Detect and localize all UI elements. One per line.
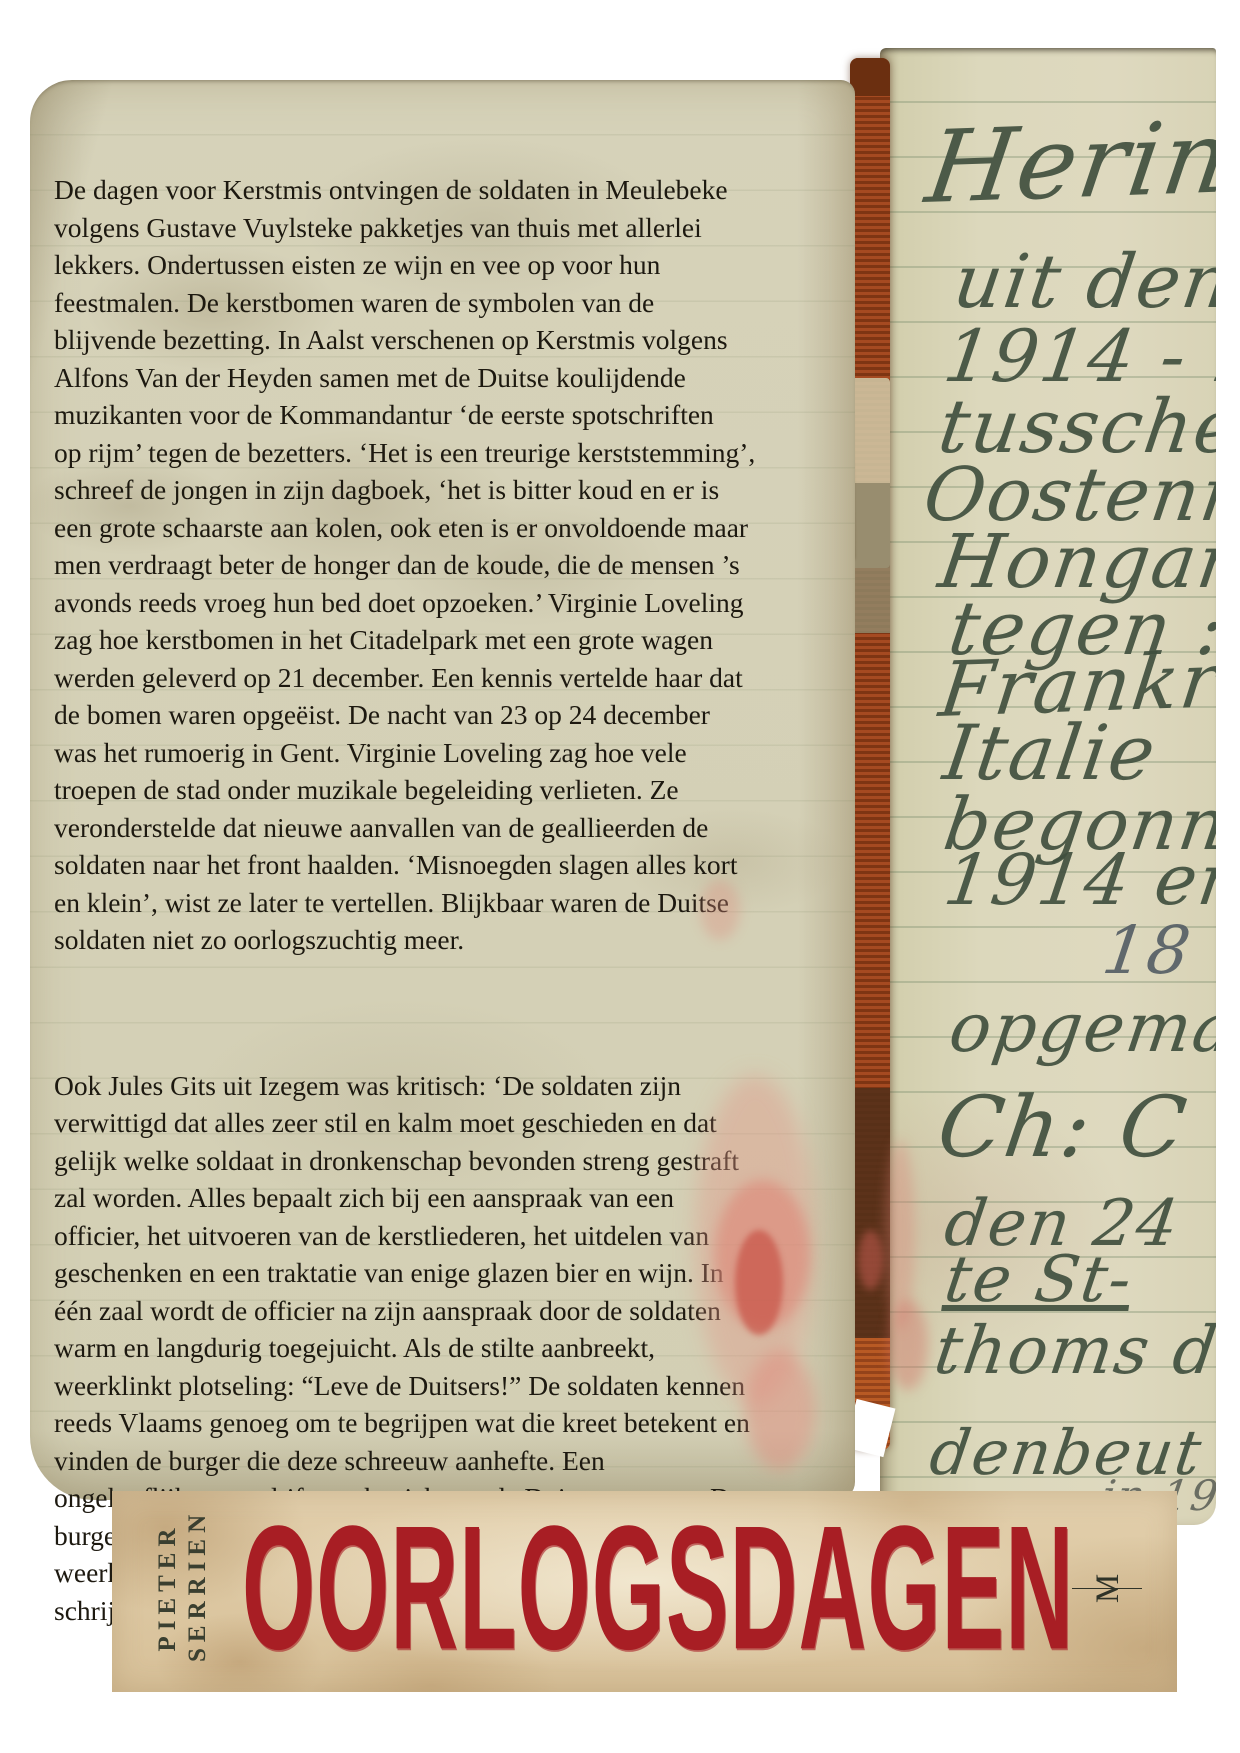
author-last-name: SERRIEN xyxy=(183,1512,213,1662)
handwriting-line: Herin xyxy=(921,108,1216,218)
cover-banner: PIETER SERRIEN OORLOGSDAGEN M xyxy=(112,1491,1177,1692)
author-first-name: PIETER xyxy=(153,1512,183,1662)
diary-page: Herin uit den 1914 - 19 tusschen Oostenr… xyxy=(880,48,1216,1525)
handwriting-line: thoms d xyxy=(931,1318,1216,1384)
paragraph-1: De dagen voor Kerstmis ontvingen de sold… xyxy=(54,171,854,959)
spine-dark-top xyxy=(850,58,890,96)
publisher-logo: M xyxy=(1072,1571,1142,1607)
book-title: OORLOGSDAGEN xyxy=(242,1499,1074,1675)
book-spine-binding xyxy=(850,58,890,1450)
author-name: PIETER SERRIEN xyxy=(153,1512,213,1662)
spine-gray-section xyxy=(850,483,890,633)
handwriting-line: 1914 - 19 xyxy=(940,320,1216,392)
publisher-m-icon: M xyxy=(1092,1574,1125,1603)
handwriting-line: Ch: C xyxy=(933,1085,1192,1169)
article-text: De dagen voor Kerstmis ontvingen de sold… xyxy=(54,96,854,1704)
handwriting-line: uit den xyxy=(950,245,1216,319)
handwriting-line: 1914 en xyxy=(940,845,1216,915)
handwriting-line: 18 xyxy=(1099,918,1196,984)
handwriting-line: te St- xyxy=(941,1248,1137,1312)
book-page-scan: Herin uit den 1914 - 19 tusschen Oostenr… xyxy=(0,0,1240,1753)
handwriting-line: Italie xyxy=(939,715,1161,791)
handwriting-line: opgema xyxy=(945,995,1216,1063)
spine-dark-section xyxy=(850,1088,890,1338)
printed-page: De dagen voor Kerstmis ontvingen de sold… xyxy=(30,80,855,1500)
